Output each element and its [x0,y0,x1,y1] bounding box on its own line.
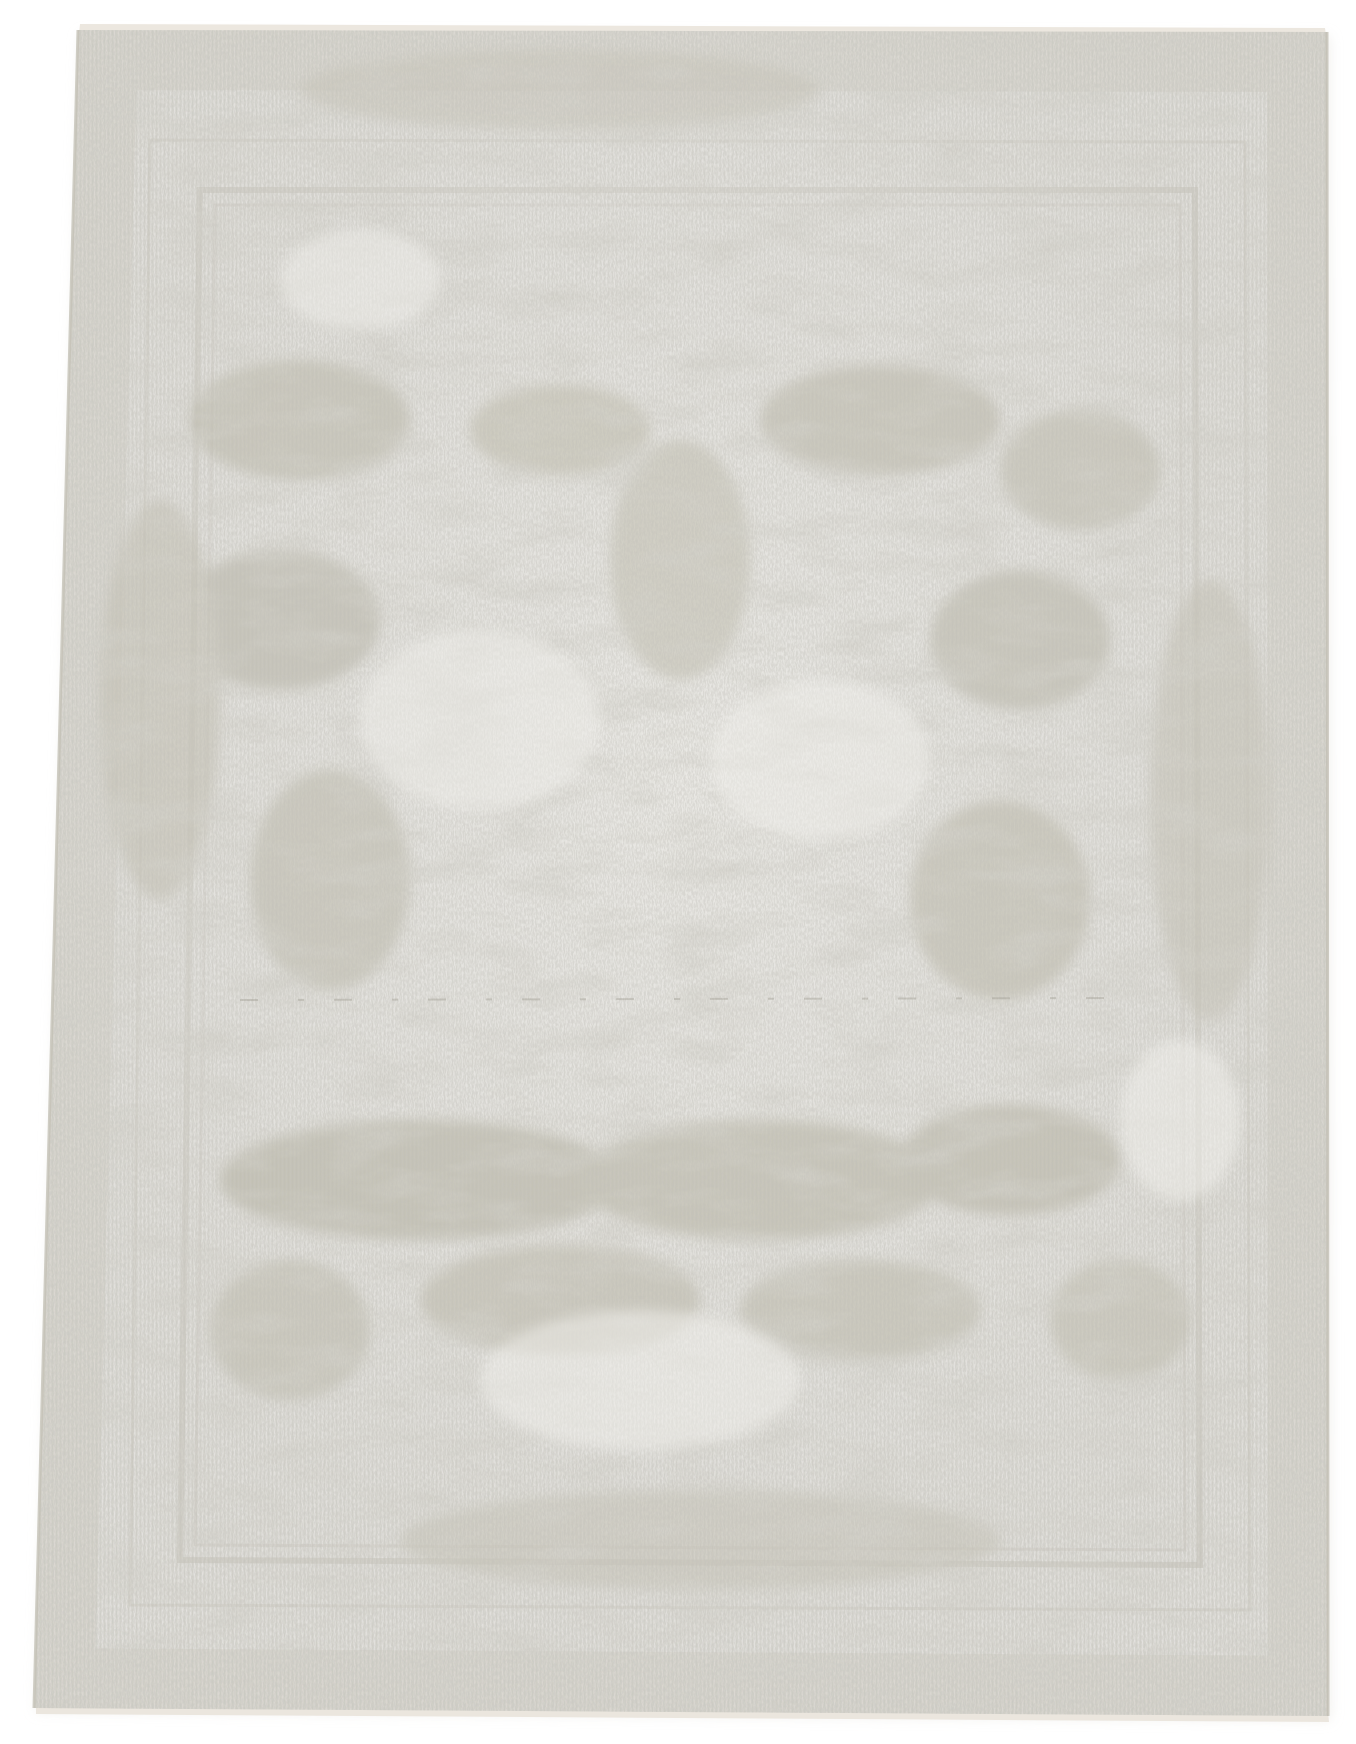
rug-body [0,0,1356,1744]
rug-image [0,0,1356,1744]
right-edge [1327,32,1328,1716]
photo-background: Vintage distressed area rug [0,0,1356,1744]
